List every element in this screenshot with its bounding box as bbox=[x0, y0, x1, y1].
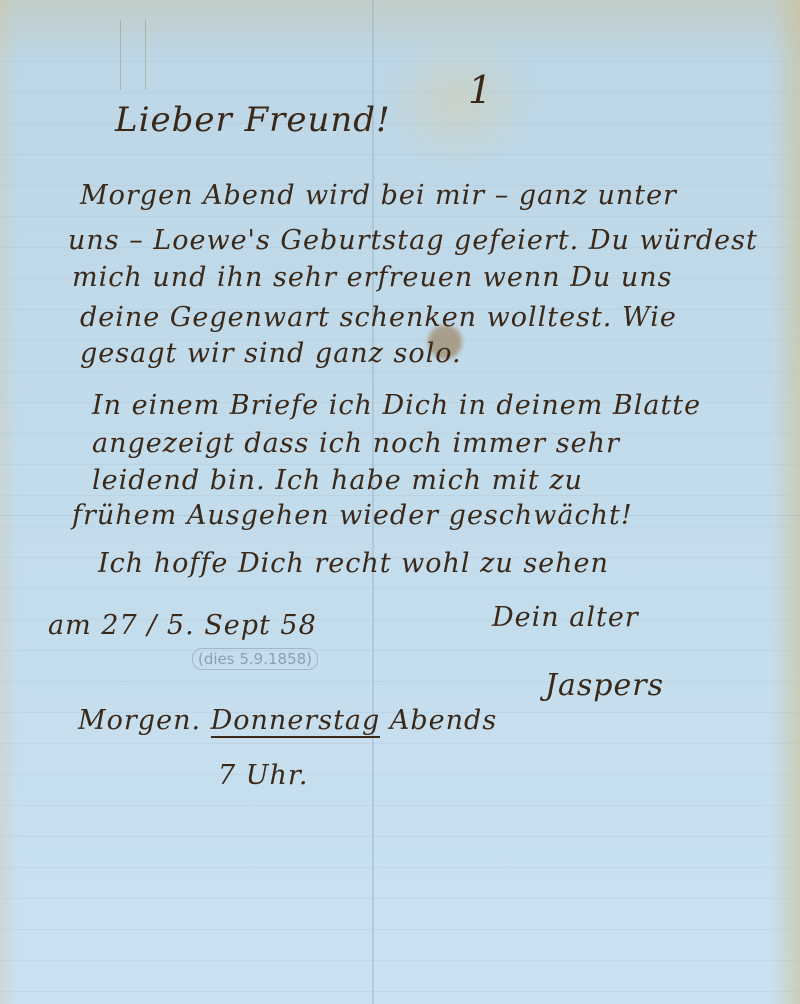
postscript-underlined-day: Donnerstag bbox=[211, 705, 381, 738]
paper-discoloration bbox=[380, 30, 540, 170]
date-line: am 27 / 5. Sept 58 bbox=[48, 610, 317, 641]
body-line: mich und ihn sehr erfreuen wenn Du uns bbox=[72, 262, 673, 293]
body-line: Ich hoffe Dich recht wohl zu sehen bbox=[98, 548, 609, 579]
salutation: Lieber Freund! bbox=[115, 100, 391, 140]
archival-pencil-note: (dies 5.9.1858) bbox=[192, 648, 318, 670]
margin-mark bbox=[120, 20, 121, 90]
body-line: gesagt wir sind ganz solo. bbox=[80, 338, 462, 369]
body-line: frühem Ausgehen wieder geschwächt! bbox=[72, 500, 633, 531]
body-line: angezeigt dass ich noch immer sehr bbox=[92, 428, 620, 459]
postscript-suffix: Abends bbox=[390, 705, 497, 736]
body-line: In einem Briefe ich Dich in deinem Blatt… bbox=[92, 390, 701, 421]
margin-mark bbox=[145, 20, 146, 90]
body-line: uns – Loewe's Geburtstag gefeiert. Du wü… bbox=[68, 225, 758, 256]
body-line: leidend bin. Ich habe mich mit zu bbox=[92, 465, 583, 496]
postscript-line: Morgen. Donnerstag Abends bbox=[78, 705, 497, 736]
page-number: 1 bbox=[468, 68, 493, 112]
body-line: Morgen Abend wird bei mir – ganz unter bbox=[80, 180, 677, 211]
postscript-prefix: Morgen. bbox=[78, 705, 201, 736]
signature: Jaspers bbox=[545, 668, 664, 703]
letter-page: 1 Lieber Freund! Morgen Abend wird bei m… bbox=[0, 0, 800, 1004]
closing: Dein alter bbox=[492, 602, 639, 633]
body-line: deine Gegenwart schenken wolltest. Wie bbox=[80, 302, 677, 333]
postscript-time: 7 Uhr. bbox=[218, 760, 308, 791]
